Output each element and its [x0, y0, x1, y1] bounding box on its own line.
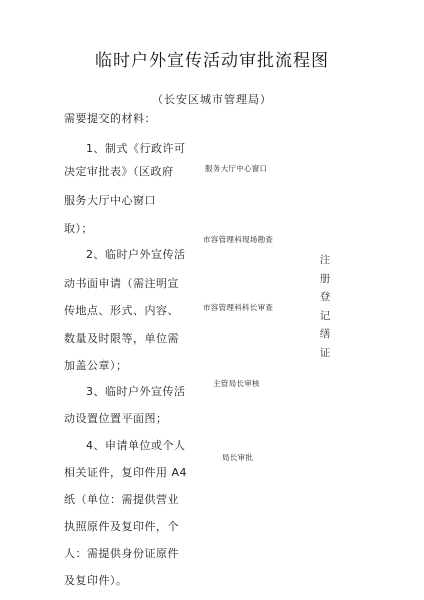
- flow-step-section-chief-review: 市容管理科科长审查: [203, 302, 273, 313]
- flow-step-service-window: 服务大厅中心窗口: [205, 163, 267, 174]
- issuing-authority: （长安区城市管理局）: [0, 91, 424, 107]
- final-step-registration-certificate: 注 册 登 记 缮 证: [318, 251, 332, 362]
- vertical-char: 注: [318, 251, 332, 270]
- materials-line: 2、临时户外宣传活: [86, 246, 186, 262]
- flow-step-site-inspection: 市容管理科现场勘查: [203, 234, 273, 245]
- materials-line: 3、临时户外宣传活: [86, 383, 186, 399]
- materials-line: 相关证件，复印件用 A4: [64, 464, 187, 480]
- materials-line: 决定审批表》（区政府: [64, 163, 174, 179]
- materials-line: 执照原件及复印件，个: [64, 518, 179, 534]
- materials-heading: 需要提交的材料：: [64, 110, 156, 126]
- materials-line: 动设置位置平面图；: [64, 410, 168, 426]
- vertical-char: 缮: [318, 325, 332, 344]
- materials-line: 传地点、形式、内容、: [64, 302, 179, 318]
- materials-line: 取）；: [64, 220, 93, 236]
- vertical-char: 登: [318, 288, 332, 307]
- materials-line: 数量及时限等，单位需: [64, 330, 179, 346]
- vertical-char: 记: [318, 307, 332, 326]
- materials-line: 纸（单位：需提供营业: [64, 491, 179, 507]
- materials-line: 服务大厅中心窗口: [64, 192, 156, 208]
- materials-line: 1、制式《行政许可: [86, 140, 186, 156]
- materials-line: 4、申请单位或个人: [86, 437, 186, 453]
- materials-line: 人：需提供身份证原件: [64, 545, 179, 561]
- materials-line: 及复印件）。: [64, 572, 128, 588]
- flow-step-deputy-director-review: 主管局长审核: [213, 378, 260, 389]
- vertical-char: 证: [318, 344, 332, 363]
- materials-line: 加盖公章）；: [64, 357, 128, 373]
- materials-line: 动书面申请（需注明宣: [64, 275, 179, 291]
- vertical-char: 册: [318, 270, 332, 289]
- page-title: 临时户外宣传活动审批流程图: [0, 46, 424, 71]
- flow-step-director-approval: 局长审批: [222, 452, 253, 463]
